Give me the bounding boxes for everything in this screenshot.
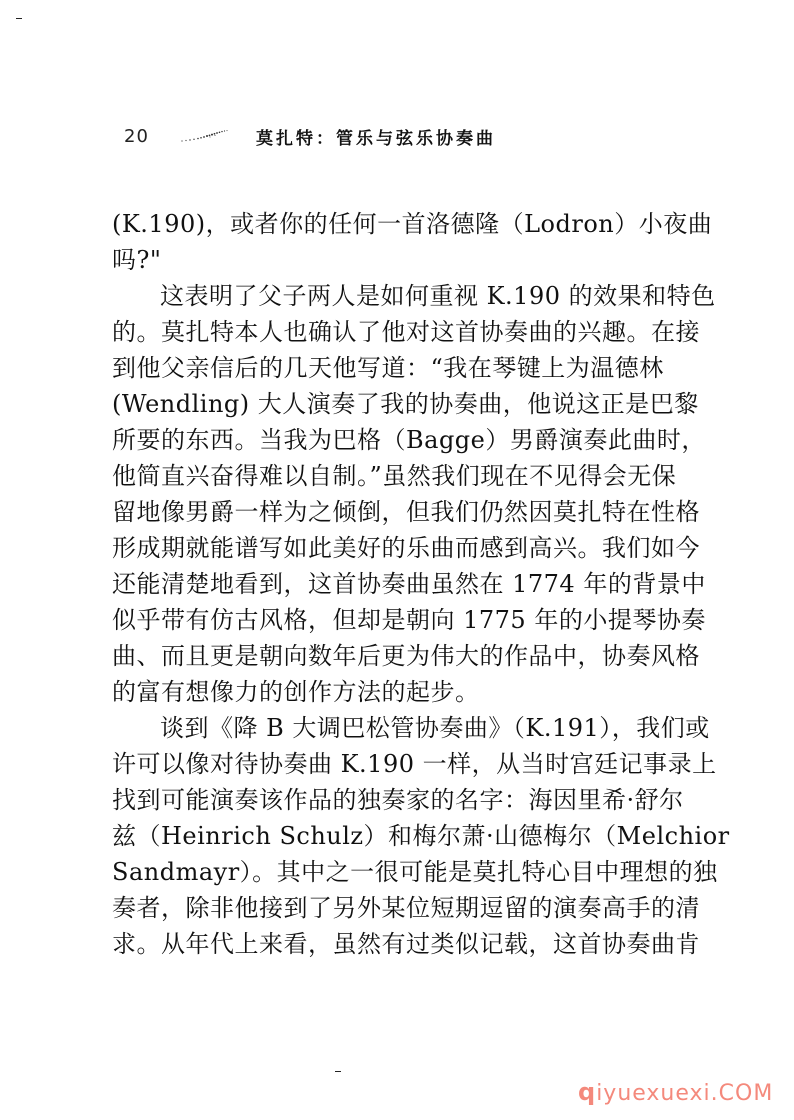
text-line: 似乎带有仿古风格，但却是朝向 1775 年的小提琴协奏	[112, 602, 660, 638]
ornament-flourish-icon	[180, 129, 228, 143]
watermark-text: iyuexuexi.COM	[596, 1081, 773, 1106]
text-line: 奏者，除非他接到了另外某位短期逗留的演奏高手的清	[112, 890, 660, 926]
text-line: 他简直兴奋得难以自制。”虽然我们现在不见得会无保	[112, 458, 660, 494]
text-line: (Wendling) 大人演奏了我的协奏曲，他说这正是巴黎	[112, 386, 660, 422]
text-line: 还能清楚地看到，这首协奏曲虽然在 1774 年的背景中	[112, 566, 660, 602]
scan-corner-mark	[16, 18, 22, 19]
scan-bottom-mark	[335, 1071, 341, 1072]
text-line: Sandmayr）。其中之一很可能是莫扎特心目中理想的独	[112, 854, 660, 890]
running-header: 20 莫扎特：管乐与弦乐协奏曲	[124, 122, 496, 150]
paragraph-2: 这表明了父子两人是如何重视 K.190 的效果和特色 的。莫扎特本人也确认了他对…	[112, 278, 660, 710]
body-text: (K.190)，或者你的任何一首洛德隆（Lodron）小夜曲 吗?" 这表明了父…	[112, 206, 660, 962]
text-line: 的。莫扎特本人也确认了他对这首协奏曲的兴趣。在接	[112, 314, 660, 350]
text-line: 兹（Heinrich Schulz）和梅尔萧·山德梅尔（Melchior	[112, 818, 660, 854]
text-line: 谈到《降 B 大调巴松管协奏曲》（K.191），我们或	[112, 710, 660, 746]
running-title: 莫扎特：管乐与弦乐协奏曲	[256, 124, 496, 149]
text-line: 求。从年代上来看，虽然有过类似记载，这首协奏曲肯	[112, 926, 660, 962]
text-line: 形成期就能谱写如此美好的乐曲而感到高兴。我们如今	[112, 530, 660, 566]
text-line: 所要的东西。当我为巴格（Bagge）男爵演奏此曲时，	[112, 422, 660, 458]
text-line: 这表明了父子两人是如何重视 K.190 的效果和特色	[112, 278, 660, 314]
text-line: (K.190)，或者你的任何一首洛德隆（Lodron）小夜曲	[112, 206, 660, 242]
text-line: 吗?"	[112, 242, 660, 278]
text-line: 的富有想像力的创作方法的起步。	[112, 674, 660, 710]
page-number: 20	[124, 126, 184, 147]
paragraph-1: (K.190)，或者你的任何一首洛德隆（Lodron）小夜曲 吗?"	[112, 206, 660, 278]
watermark-logo: qiyuexuexi.COM	[578, 1078, 773, 1106]
text-line: 到他父亲信后的几天他写道：“我在琴键上为温德林	[112, 350, 660, 386]
text-line: 找到可能演奏该作品的独奏家的名字：海因里希·舒尔	[112, 782, 660, 818]
watermark-prefix: q	[578, 1078, 596, 1106]
text-line: 留地像男爵一样为之倾倒，但我们仍然因莫扎特在性格	[112, 494, 660, 530]
paragraph-3: 谈到《降 B 大调巴松管协奏曲》（K.191），我们或 许可以像对待协奏曲 K.…	[112, 710, 660, 962]
text-line: 许可以像对待协奏曲 K.190 一样，从当时宫廷记事录上	[112, 746, 660, 782]
text-line: 曲、而且更是朝向数年后更为伟大的作品中，协奏风格	[112, 638, 660, 674]
